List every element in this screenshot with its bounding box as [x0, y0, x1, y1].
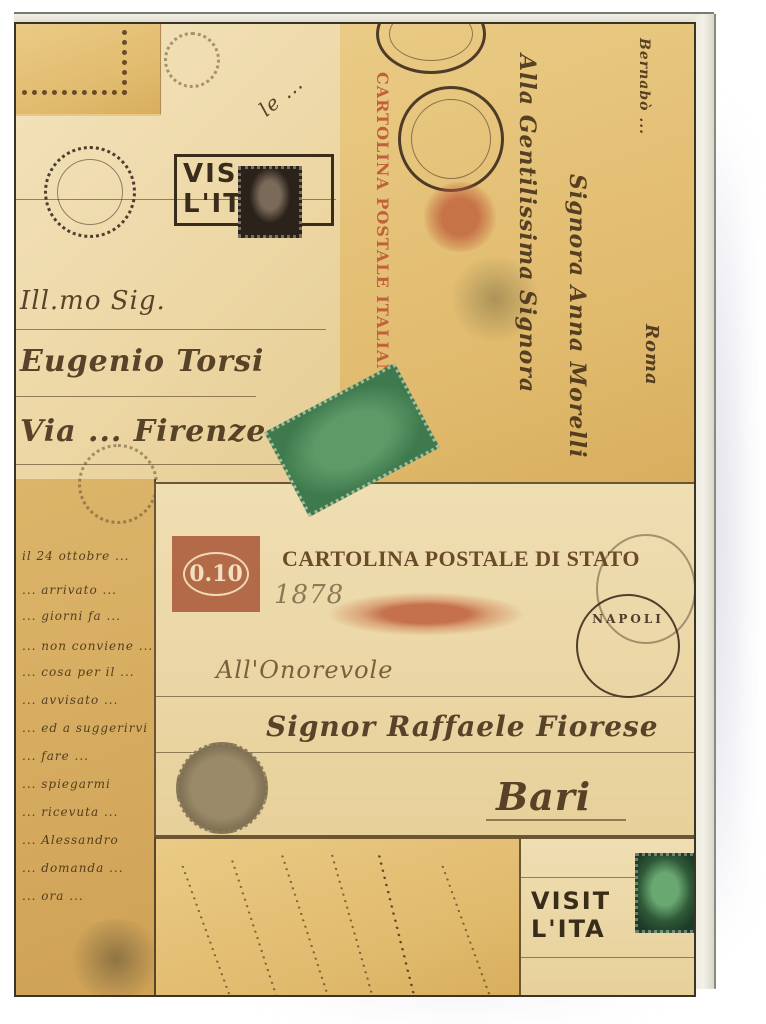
visit-italy-box: VISIT L'ITA — [525, 885, 635, 951]
crest-cancel — [422, 182, 498, 252]
green-portrait-stamp — [635, 853, 696, 933]
address-handwriting-1: Ill.mo Sig. — [20, 286, 166, 316]
visit-box-line-1: VISIT — [531, 889, 629, 913]
letter-line: ... ed a suggerirvi — [22, 721, 153, 749]
portrait-stamp — [238, 166, 302, 238]
letter-line: ... spiegarmi — [22, 777, 153, 805]
letter-line: il 24 ottobre ... — [22, 549, 153, 583]
notebook: le ... VIS L'IT Ill.mo Sig. Eugenio Tors… — [14, 22, 716, 997]
address-handwriting-3: Via ... Firenze — [20, 414, 266, 449]
ink-blot — [66, 919, 156, 997]
corner-fragment-card — [16, 24, 161, 114]
diagonal-handwriting: ........................ — [373, 849, 439, 997]
letter-line: ... Alessandro — [22, 833, 153, 861]
address-line-2: Signor Raffaele Fiorese — [266, 710, 659, 743]
stamp-frame — [22, 30, 127, 95]
postcard-bottom-right: VISIT L'ITA — [519, 837, 696, 997]
letter-line: ... cosa per il ... — [22, 665, 153, 693]
stamp-value-box: 0.10 — [172, 536, 260, 612]
rule — [521, 957, 696, 958]
letter-line: ... ricevuta ... — [22, 805, 153, 833]
letter-line: ... non conviene ... — [22, 639, 153, 665]
card-header: CARTOLINA POSTALE DI STATO — [282, 546, 640, 572]
cover-collage: le ... VIS L'IT Ill.mo Sig. Eugenio Tors… — [14, 22, 696, 997]
corner-note: Bernabò ... — [636, 38, 652, 135]
letter-card-bottom: ........................ ...............… — [156, 837, 521, 997]
letter-lines: il 24 ottobre ... ... arrivato ... ... g… — [22, 549, 153, 917]
letter-line: ... avvisato ... — [22, 693, 153, 721]
stamp-value: 0.10 — [183, 552, 249, 596]
postmark-text: NAPOLI — [592, 612, 664, 626]
postmark-napoli: NAPOLI — [576, 594, 680, 698]
letter-line: ... giorni fa ... — [22, 609, 153, 639]
postmark — [164, 32, 220, 88]
diagonal-handwriting: ........................ — [436, 859, 511, 997]
rule — [486, 819, 626, 821]
letter-line: ... domanda ... — [22, 861, 153, 889]
address-line-3: Bari — [496, 774, 591, 819]
rule — [156, 696, 696, 697]
postmark — [44, 146, 136, 238]
rule — [16, 396, 256, 397]
vertical-handwriting-2: Signora Anna Morelli — [564, 174, 590, 458]
round-seal — [176, 742, 268, 834]
postmark — [376, 24, 486, 74]
vertical-handwriting-3: Roma — [641, 324, 662, 386]
address-handwriting-2: Eugenio Torsi — [20, 344, 264, 379]
visit-box-line-2: L'ITA — [531, 917, 629, 941]
vertical-card-header: CARTOLINA POSTALE ITALIANA — [373, 72, 392, 392]
letter-line: ... arrivato ... — [22, 583, 153, 609]
postmark — [398, 86, 504, 192]
rule — [16, 464, 296, 465]
postcard-main: 0.10 CARTOLINA POSTALE DI STATO 1878 NAP… — [154, 482, 696, 837]
postmark — [78, 444, 158, 524]
vertical-handwriting-1: Alla Gentilissima Signora — [514, 54, 540, 393]
royal-crest — [326, 592, 526, 636]
address-line-1: All'Onorevole — [216, 656, 393, 684]
rule — [16, 329, 326, 330]
letter-card-left: il 24 ottobre ... ... arrivato ... ... g… — [16, 479, 156, 997]
letter-line: ... fare ... — [22, 749, 153, 777]
top-note-handwriting: le ... — [254, 71, 307, 121]
letter-line: ... ora ... — [22, 889, 153, 917]
